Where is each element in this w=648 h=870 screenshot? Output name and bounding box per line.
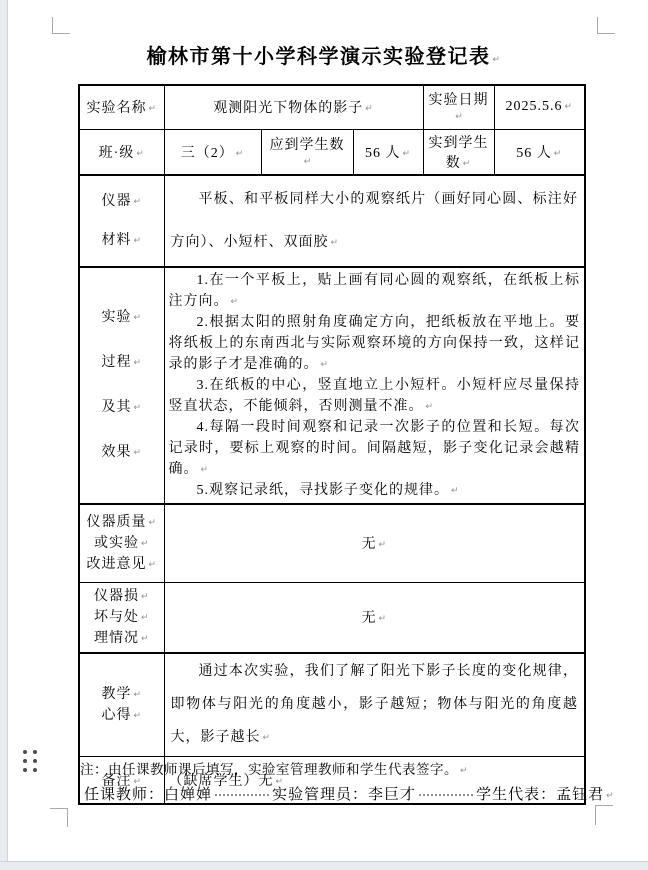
experiment-name-value: 观测阳光下物体的影子 bbox=[164, 85, 423, 129]
text-line: 理情况 bbox=[94, 628, 150, 649]
text-line: 仪器损 bbox=[94, 586, 150, 607]
damage-handling-value: 无 bbox=[164, 583, 585, 653]
page-left-edge bbox=[0, 0, 8, 870]
teaching-reflection-label: 教学心得 bbox=[79, 653, 164, 757]
expected-students-label: 应到学生数 bbox=[261, 129, 353, 175]
text-line: 4.每隔一段时间观察和记录一次影子的位置和长短。每次记录时，要标上观察的时间。间… bbox=[169, 417, 581, 480]
class-label: 班·级 bbox=[79, 129, 164, 175]
manager-signature-name: 李巨才 bbox=[368, 787, 416, 803]
row-experiment-name: 实验名称 观测阳光下物体的影子 实验日期 2025.5.6 bbox=[79, 85, 585, 129]
row-class-attendance: 班·级 三（2） 应到学生数 56 人 实到学生数 56 人 bbox=[79, 129, 585, 175]
dotted-leader bbox=[215, 794, 269, 796]
row-damage-handling: 仪器损坏与处理情况 无 bbox=[79, 583, 585, 653]
apparatus-materials-value: 平板、和平板同样大小的观察纸片（画好同心圆、标注好方向）、小短杆、双面胶 bbox=[164, 175, 585, 267]
text-line: 坏与处 bbox=[94, 607, 150, 628]
drag-handle-dots-icon[interactable] bbox=[23, 750, 38, 774]
actual-students-label: 实到学生数 bbox=[423, 129, 494, 175]
text-line: 或实验 bbox=[94, 533, 150, 554]
procedure-effect-label: 实验过程及其效果 bbox=[79, 267, 164, 504]
signature-line: 任课教师：白婵婵实验管理员：李巨才学生代表：孟钰君 bbox=[84, 783, 624, 804]
quality-suggestions-label: 仪器质量或实验改进意见 bbox=[79, 504, 164, 583]
margin-corner-mark-bottom-right bbox=[595, 805, 613, 825]
text-line: 材料 bbox=[101, 232, 142, 249]
margin-corner-mark-top-left bbox=[52, 17, 70, 34]
row-procedure-effect: 实验过程及其效果 1.在一个平板上，贴上画有同心圆的观察纸，在纸板上标注方向。2… bbox=[79, 267, 585, 504]
student-signature-name: 孟钰君 bbox=[556, 787, 615, 803]
dotted-leader bbox=[419, 794, 473, 796]
text-line: 仪器质量 bbox=[86, 512, 157, 533]
quality-suggestions-value: 无 bbox=[164, 504, 585, 583]
experiment-date-label: 实验日期 bbox=[423, 85, 494, 129]
word-document-page: { "page": { "title": "榆林市第十小学科学演示实验登记表",… bbox=[0, 0, 648, 870]
student-signature-label: 学生代表： bbox=[476, 787, 556, 803]
text-line: 过程 bbox=[101, 354, 142, 371]
text-line: 心得 bbox=[101, 705, 142, 726]
manager-signature-label: 实验管理员： bbox=[272, 787, 368, 803]
row-quality-suggestions: 仪器质量或实验改进意见 无 bbox=[79, 504, 585, 583]
row-teaching-reflection: 教学心得 通过本次实验，我们了解了阳光下影子长度的变化规律，即物体与阳光的角度越… bbox=[79, 653, 585, 757]
experiment-name-label: 实验名称 bbox=[79, 85, 164, 129]
text-line: 及其 bbox=[101, 399, 142, 416]
text-line: 效果 bbox=[101, 444, 142, 461]
expected-students-value: 56 人 bbox=[353, 129, 423, 175]
apparatus-materials-label: 仪器材料 bbox=[79, 175, 164, 267]
footnote: 注：由任课教师课后填写，实验室管理教师和学生代表签字。 bbox=[80, 758, 600, 778]
text-line: 5.观察记录纸，寻找影子变化的规律。 bbox=[169, 480, 581, 501]
teacher-signature-label: 任课教师： bbox=[84, 787, 164, 803]
document-title: 榆林市第十小学科学演示实验登记表 bbox=[0, 40, 648, 69]
margin-corner-mark-top-right bbox=[597, 17, 615, 34]
text-line: 3.在纸板的中心，竖直地立上小短杆。小短杆应尽量保持竖直状态，不能倾斜，否则测量… bbox=[169, 375, 581, 417]
page-bottom-edge bbox=[0, 861, 648, 870]
experiment-registration-table: 实验名称 观测阳光下物体的影子 实验日期 2025.5.6 班·级 三（2） 应… bbox=[78, 84, 586, 805]
text-line: 实验 bbox=[101, 309, 142, 326]
margin-corner-mark-bottom-left bbox=[50, 808, 68, 827]
text-line: 2.根据太阳的照射角度确定方向，把纸板放在平地上。要将纸板上的东南西北与实际观察… bbox=[169, 312, 581, 375]
class-value: 三（2） bbox=[164, 129, 261, 175]
text-line: 1.在一个平板上，贴上画有同心圆的观察纸，在纸板上标注方向。 bbox=[169, 270, 581, 312]
text-line: 改进意见 bbox=[86, 554, 157, 575]
teaching-reflection-value: 通过本次实验，我们了解了阳光下影子长度的变化规律，即物体与阳光的角度越小，影子越… bbox=[164, 653, 585, 757]
text-line: 仪器 bbox=[101, 193, 142, 210]
text-line: 教学 bbox=[101, 684, 142, 705]
teacher-signature-name: 白婵婵 bbox=[164, 787, 212, 803]
procedure-steps: 1.在一个平板上，贴上画有同心圆的观察纸，在纸板上标注方向。2.根据太阳的照射角… bbox=[164, 267, 585, 504]
actual-students-value: 56 人 bbox=[494, 129, 585, 175]
row-apparatus-materials: 仪器材料 平板、和平板同样大小的观察纸片（画好同心圆、标注好方向）、小短杆、双面… bbox=[79, 175, 585, 267]
experiment-date-value: 2025.5.6 bbox=[494, 85, 585, 129]
damage-handling-label: 仪器损坏与处理情况 bbox=[79, 583, 164, 653]
